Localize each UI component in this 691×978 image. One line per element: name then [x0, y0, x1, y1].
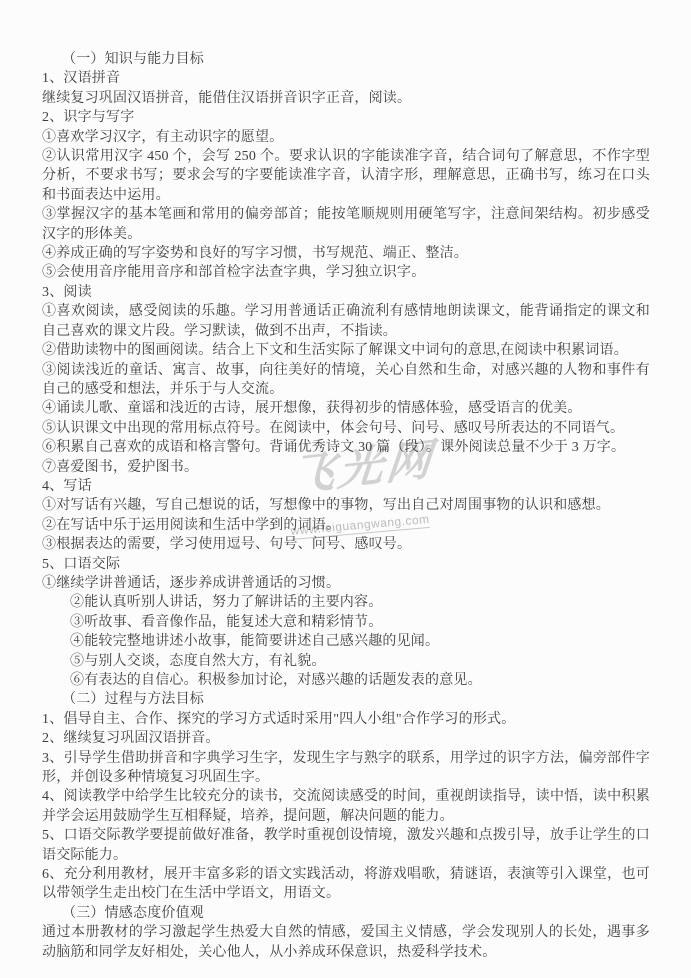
paragraph: ③阅读浅近的童话、寓言、故事，向往美好的情境，关心自然和生命，对感兴趣的人物和事… [42, 361, 650, 400]
paragraph: ①对写话有兴趣，写自己想说的话，写想像中的事物，写出自己对周围事物的认识和感想。 [42, 496, 650, 515]
paragraph: ④诵读儿歌、童谣和浅近的古诗，展开想像，获得初步的情感体验，感受语言的优美。 [42, 399, 650, 418]
paragraph: 通过本册教材的学习激起学生热爱大自然的情感，爱国主义情感，学会发现别人的长处，遇… [42, 923, 650, 962]
paragraph: 5、口语交际教学要提前做好准备，教学时重视创设情境，激发兴趣和点拨引导，放手让学… [42, 826, 650, 865]
paragraph: 3、引导学生借助拼音和字典学习生字，发现生字与熟字的联系，用学过的识字方法，偏旁… [42, 749, 650, 788]
paragraph: 3、阅读 [42, 283, 650, 302]
paragraph: ④能较完整地讲述小故事，能简要讲述自己感兴趣的见闻。 [42, 632, 650, 651]
paragraph: 4、阅读教学中给学生比较充分的读书，交流阅读感受的时间，重视朗读指导，读中悟，读… [42, 787, 650, 826]
paragraph: 6、充分利用教材，展开丰富多彩的语文实践活动，将游戏唱歌，猜谜语，表演等引入课堂… [42, 865, 650, 904]
paragraph: ②在写话中乐于运用阅读和生活中学到的词语。 [42, 516, 650, 535]
paragraph: （二）过程与方法目标 [42, 690, 650, 709]
paragraph: ①喜欢阅读，感受阅读的乐趣。学习用普通话正确流利有感情地朗读课文，能背诵指定的课… [42, 302, 650, 341]
paragraph: 5、口语交际 [42, 555, 650, 574]
paragraph: 1、倡导自主、合作、探究的学习方式适时采用"四人小组"合作学习的形式。 [42, 710, 650, 729]
paragraph: ⑤认识课文中出现的常用标点符号。在阅读中，体会句号、问号、感叹号所表达的不同语气… [42, 419, 650, 438]
paragraph: 2、继续复习巩固汉语拼音。 [42, 729, 650, 748]
paragraph: 继续复习巩固汉语拼音，能借住汉语拼音识字正音，阅读。 [42, 89, 650, 108]
paragraph: ③听故事、看音像作品，能复述大意和精彩情节。 [42, 613, 650, 632]
paragraph: ②认识常用汉字 450 个，会写 250 个。要求认识的字能读准字音，结合词句了… [42, 147, 650, 205]
paragraph: ④养成正确的写字姿势和良好的写字习惯，书写规范、端正、整洁。 [42, 244, 650, 263]
paragraph: ⑦喜爱图书，爱护图书。 [42, 458, 650, 477]
paragraph: ⑥积累自己喜欢的成语和格言警句。背诵优秀诗文 30 篇（段）。课外阅读总量不少于… [42, 438, 650, 457]
paragraph: ⑤与别人交谈，态度自然大方，有礼貌。 [42, 652, 650, 671]
paragraph: ③掌握汉字的基本笔画和常用的偏旁部首；能按笔顺规则用硬笔写字，注意间架结构。初步… [42, 205, 650, 244]
paragraph: 1、汉语拼音 [42, 69, 650, 88]
paragraph: ①喜欢学习汉字，有主动识字的愿望。 [42, 128, 650, 147]
paragraph: ②借助读物中的图画阅读。结合上下文和生活实际了解课文中词句的意思,在阅读中积累词… [42, 341, 650, 360]
paragraph: ⑥有表达的自信心。积极参加讨论，对感兴趣的话题发表的意见。 [42, 671, 650, 690]
document-page: 飞光网 www.feiguangwang.com （一）知识与能力目标1、汉语拼… [0, 0, 691, 978]
paragraph: 4、写话 [42, 477, 650, 496]
paragraph: ②能认真听别人讲话，努力了解讲话的主要内容。 [42, 593, 650, 612]
document-body: （一）知识与能力目标1、汉语拼音继续复习巩固汉语拼音，能借住汉语拼音识字正音，阅… [42, 50, 650, 962]
paragraph: （三）情感态度价值观 [42, 904, 650, 923]
paragraph: ⑤会使用音序能用音序和部首检字法查字典，学习独立识字。 [42, 263, 650, 282]
paragraph: ③根据表达的需要，学习使用逗号、句号、问号、感叹号。 [42, 535, 650, 554]
paragraph: 2、识字与写字 [42, 108, 650, 127]
paragraph: ①继续学讲普通话，逐步养成讲普通话的习惯。 [42, 574, 650, 593]
paragraph: （一）知识与能力目标 [42, 50, 650, 69]
